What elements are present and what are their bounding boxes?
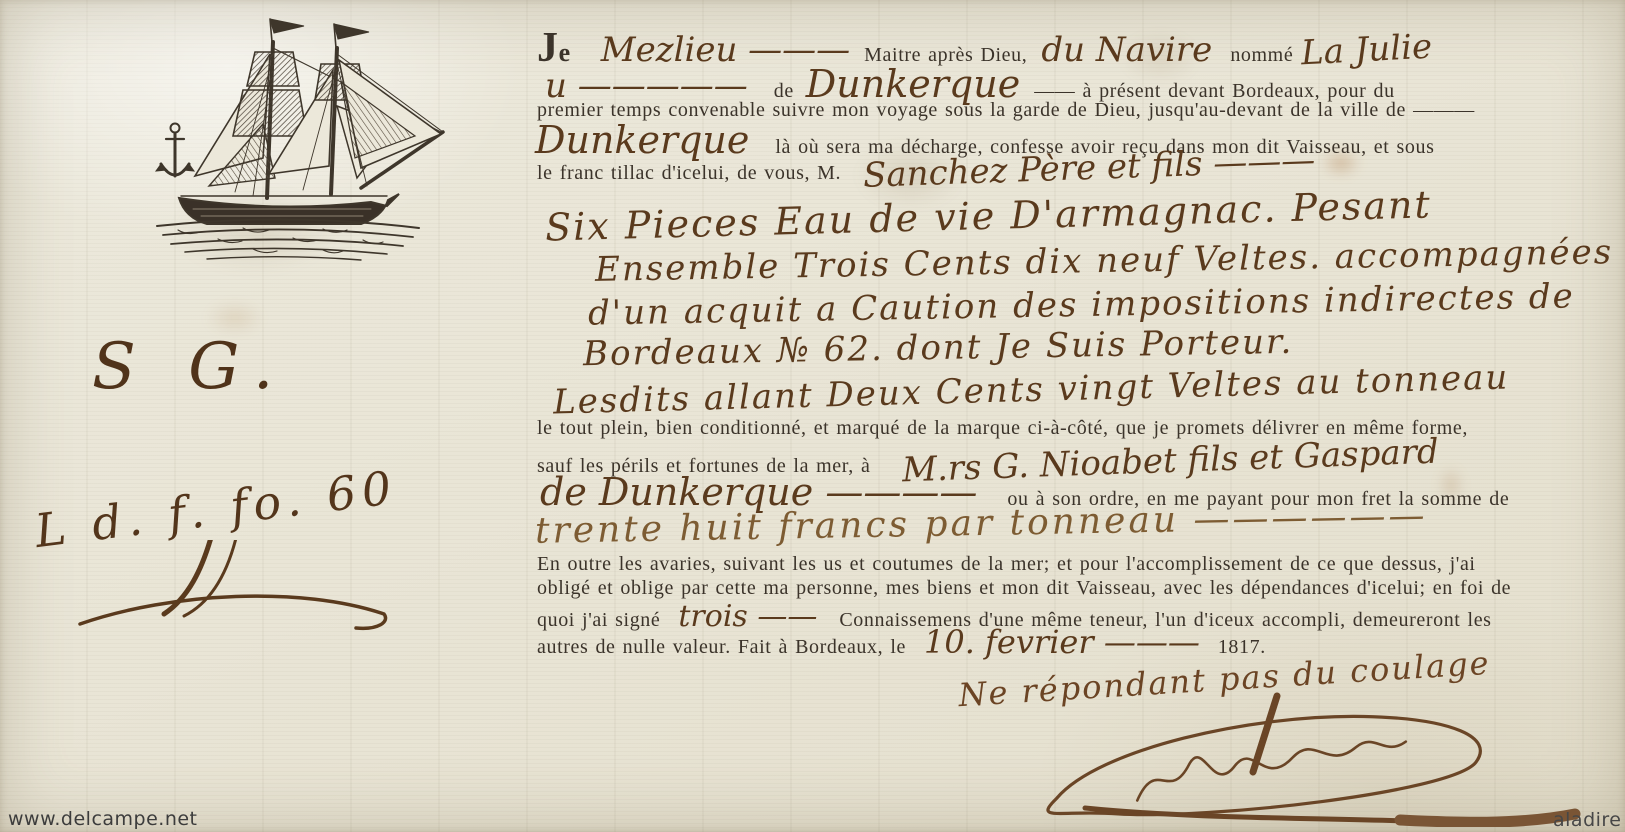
body-line-5: le franc tillac d'icelui, de vous, M. Sa…	[537, 148, 1315, 188]
scanned-document: S G. L d. f. fo. 60 Je Mezlieu ——— Maitr…	[0, 0, 1625, 832]
date-hw: 10. fevrier ———	[924, 623, 1200, 661]
printed-fait-a-bordeaux: autres de nulle valeur. Fait à Bordeaux,…	[537, 636, 906, 659]
watermark-right: aladire	[1553, 809, 1622, 831]
signature-flourish	[1015, 692, 1615, 827]
body-line-9: En outre les avaries, suivant les us et …	[537, 553, 1476, 576]
consignment-mark: S G.	[92, 330, 289, 404]
ink-flourish	[52, 540, 392, 650]
sailing-ship-engraving	[123, 6, 458, 268]
watermark-left: www.delcampe.net	[8, 808, 198, 830]
body-line-10: obligé et oblige par cette ma personne, …	[537, 577, 1511, 600]
body-line-12: autres de nulle valeur. Fait à Bordeaux,…	[537, 623, 1266, 661]
printed-year: 1817.	[1218, 636, 1266, 659]
printed-franc-tillac: le franc tillac d'icelui, de vous, M.	[537, 162, 841, 185]
